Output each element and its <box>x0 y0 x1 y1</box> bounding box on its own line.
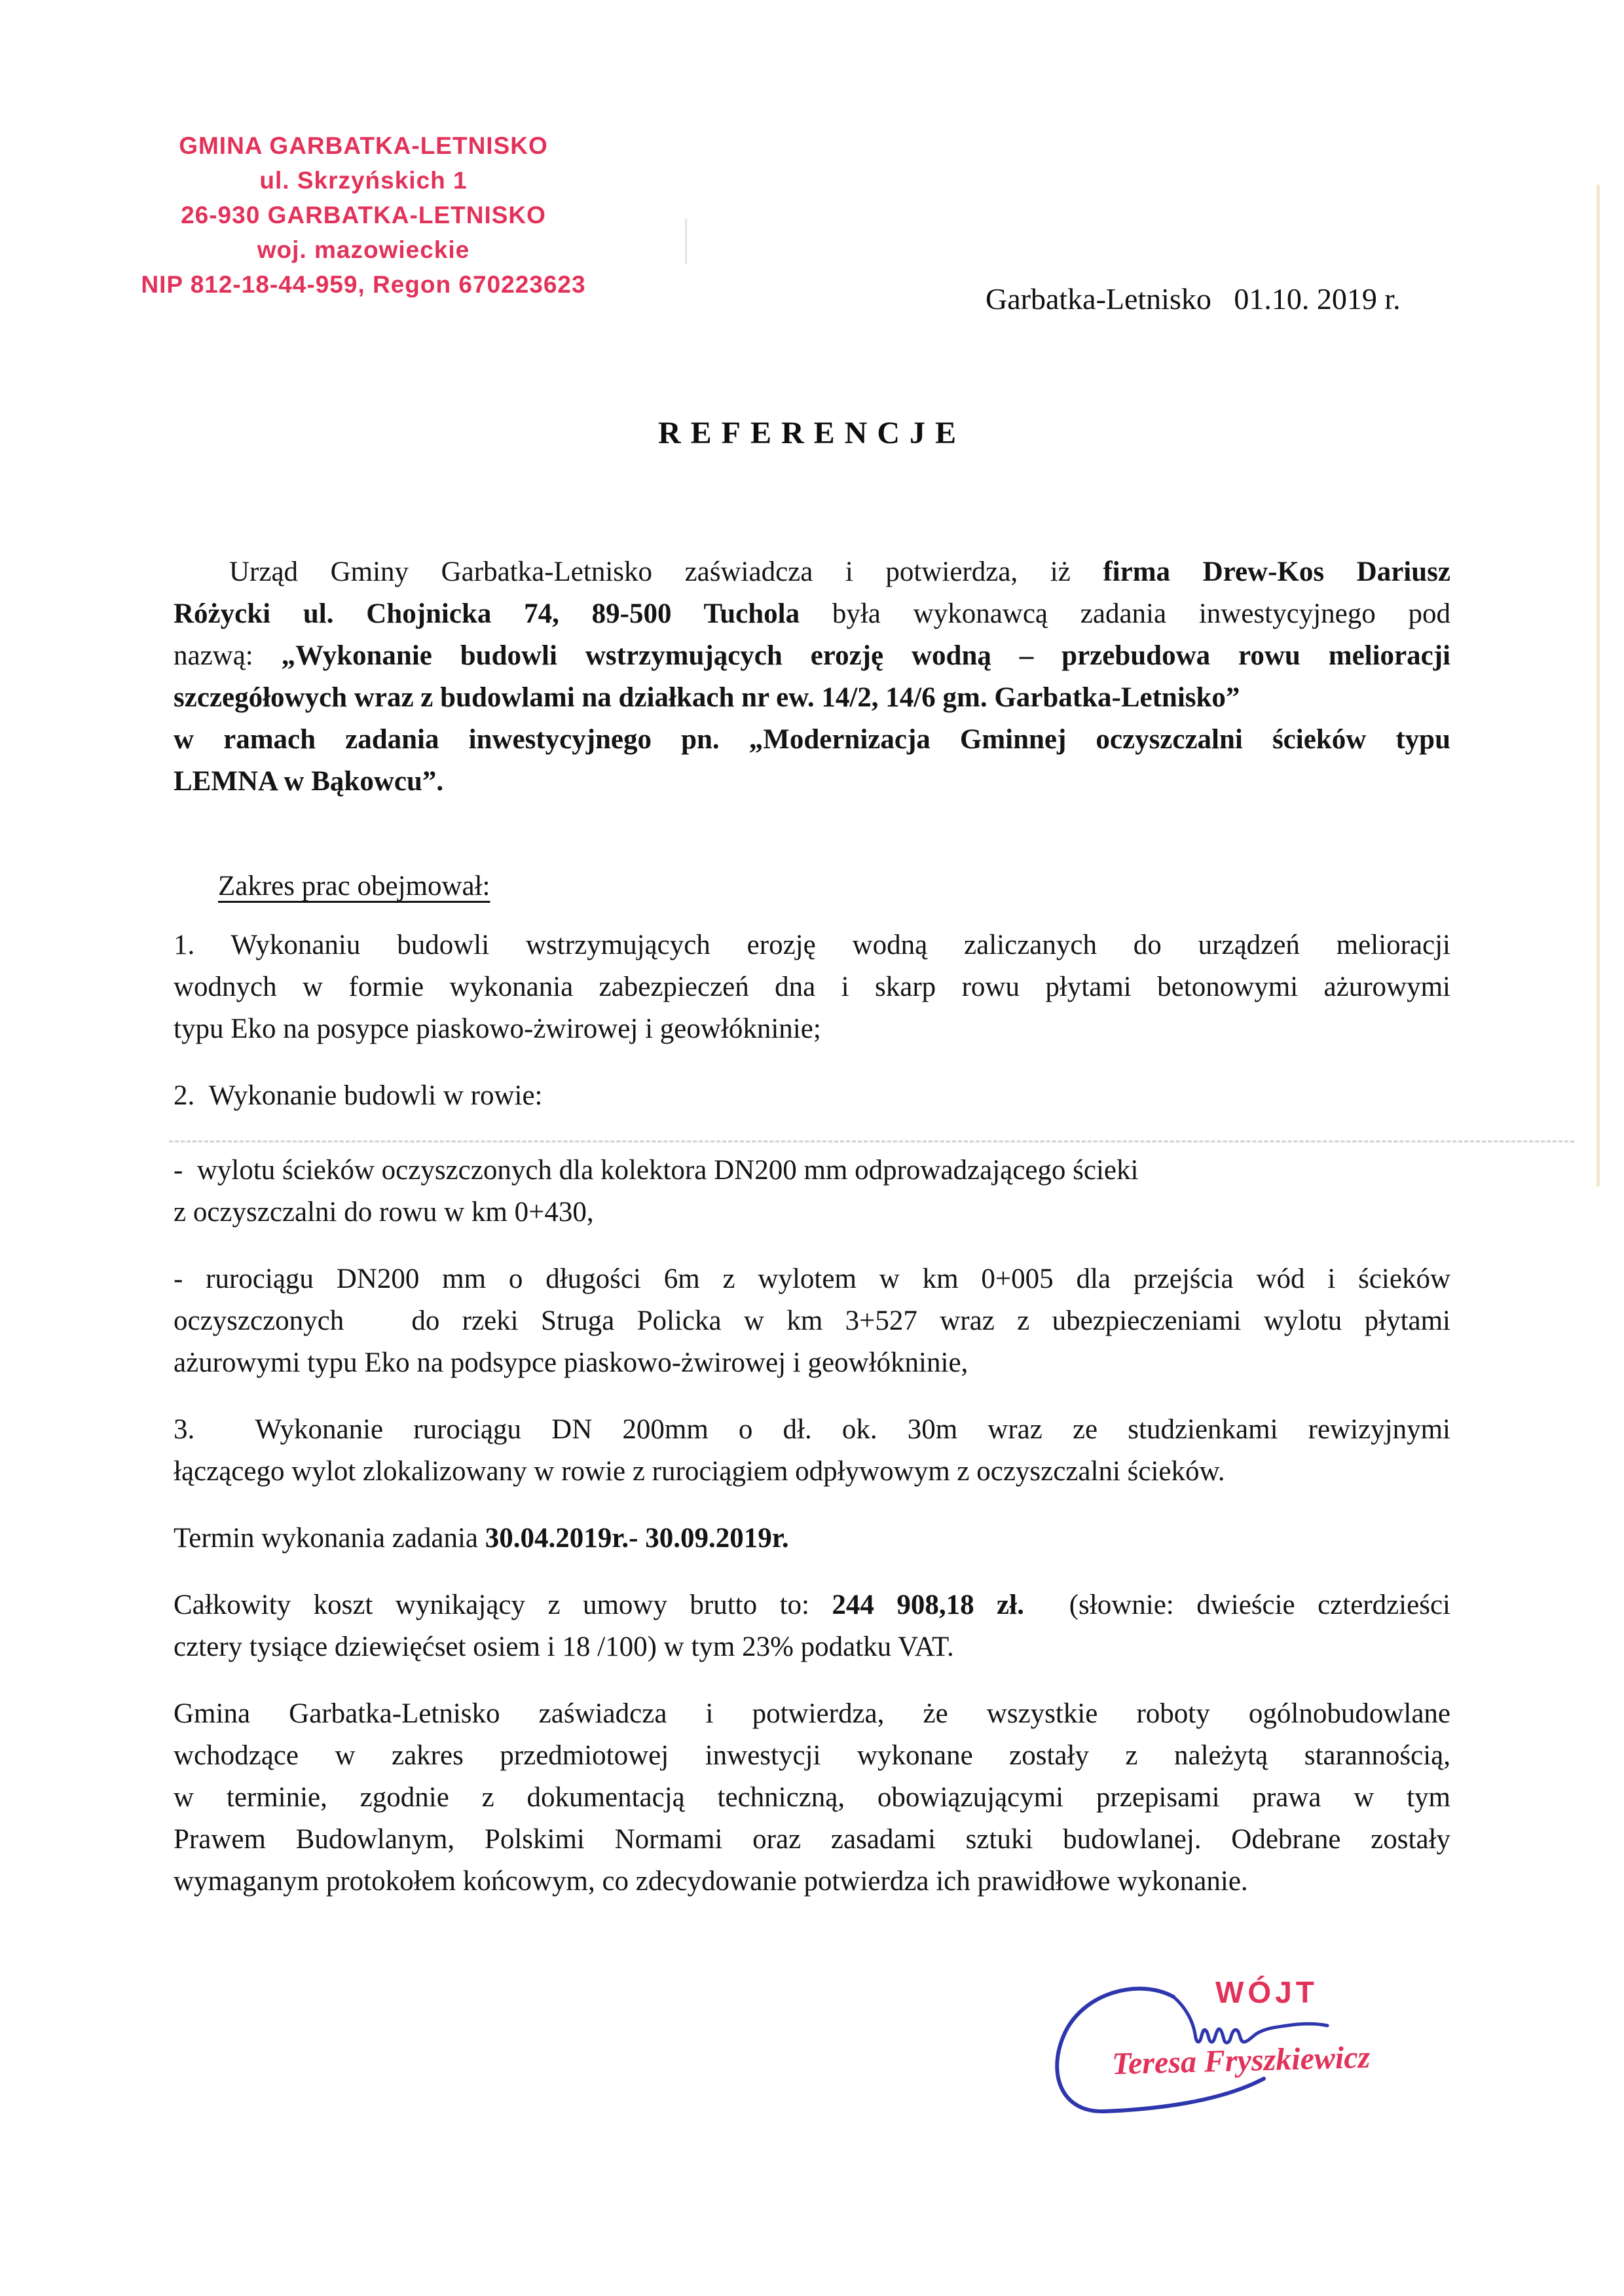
text-line: Prawem Budowlanym, Polskimi Normami oraz… <box>174 1819 1450 1861</box>
scanned-reference-letter: { "colors": { "stamp_red": "#e2325a", "p… <box>0 0 1624 2296</box>
text-line: oczyszczonych do rzeki Struga Policka w … <box>174 1300 1450 1342</box>
document-title: REFERENCJE <box>174 415 1450 451</box>
scope-heading: Zakres prac obejmował: <box>174 866 1450 907</box>
text-line: cztery tysiące dziewięćset osiem i 18 /1… <box>174 1626 1450 1668</box>
scan-edge-artifact <box>1596 185 1600 1186</box>
scan-tick-artifact <box>685 219 687 264</box>
signature-name-stamp: Teresa Fryszkiewicz <box>1111 2039 1371 2082</box>
scope-dash-outlet: - wylotu ścieków oczyszczonych dla kolek… <box>174 1150 1450 1233</box>
closing-paragraph: Gmina Garbatka-Letnisko zaświadcza i pot… <box>174 1693 1450 1903</box>
signature-position-title: WÓJT <box>1215 1975 1318 2010</box>
text-line: ażurowymi typu Eko na podsypce piaskowo-… <box>174 1342 1450 1384</box>
text-line: nazwą: „Wykonanie budowli wstrzymujących… <box>174 635 1450 677</box>
stamp-line-voivodeship: woj. mazowieckie <box>75 232 652 267</box>
text-line: Różycki ul. Chojnicka 74, 89-500 Tuchola… <box>174 593 1450 635</box>
scope-item-3: 3. Wykonanie rurociągu DN 200mm o dł. ok… <box>174 1409 1450 1493</box>
completion-term: Termin wykonania zadania 30.04.2019r.- 3… <box>174 1518 1450 1559</box>
sender-stamp: GMINA GARBATKA-LETNISKO ul. Skrzyńskich … <box>75 128 652 302</box>
stamp-line-city: 26-930 GARBATKA-LETNISKO <box>75 198 652 232</box>
text-line: szczegółowych wraz z budowlami na działk… <box>174 677 1450 719</box>
stamp-line-street: ul. Skrzyńskich 1 <box>75 163 652 198</box>
stamp-line-authority: GMINA GARBATKA-LETNISKO <box>75 128 652 163</box>
text-line: Termin wykonania zadania 30.04.2019r.- 3… <box>174 1518 1450 1559</box>
text-line: Całkowity koszt wynikający z umowy brutt… <box>174 1584 1450 1626</box>
text-line: wymaganym protokołem końcowym, co zdecyd… <box>174 1861 1450 1903</box>
scope-dash-pipeline: - rurociągu DN200 mm o długości 6m z wyl… <box>174 1258 1450 1384</box>
scope-item-1: 1. Wykonaniu budowli wstrzymujących eroz… <box>174 924 1450 1050</box>
total-cost: Całkowity koszt wynikający z umowy brutt… <box>174 1584 1450 1668</box>
text-line: 3. Wykonanie rurociągu DN 200mm o dł. ok… <box>174 1409 1450 1451</box>
text-line: Urząd Gminy Garbatka-Letnisko zaświadcza… <box>174 551 1450 593</box>
text-line: - rurociągu DN200 mm o długości 6m z wyl… <box>174 1258 1450 1300</box>
text-line: typu Eko na posypce piaskowo-żwirowej i … <box>174 1008 1450 1050</box>
text-line: Gmina Garbatka-Letnisko zaświadcza i pot… <box>174 1693 1450 1735</box>
text-line: w terminie, zgodnie z dokumentacją techn… <box>174 1777 1450 1819</box>
scan-smudge-line <box>169 1140 1574 1142</box>
document-body: Urząd Gminy Garbatka-Letnisko zaświadcza… <box>174 551 1450 1903</box>
text-line: 2. Wykonanie budowli w rowie: <box>174 1075 1450 1117</box>
place-and-date: Garbatka-Letnisko 01.10. 2019 r. <box>986 282 1401 316</box>
text-line: 1. Wykonaniu budowli wstrzymujących eroz… <box>174 924 1450 966</box>
text-line: w ramach zadania inwestycyjnego pn. „Mod… <box>174 719 1450 761</box>
text-line: Zakres prac obejmował: <box>218 866 1450 907</box>
text-line: z oczyszczalni do rowu w km 0+430, <box>174 1192 1450 1233</box>
text-line: wodnych w formie wykonania zabezpieczeń … <box>174 966 1450 1008</box>
text-line: LEMNA w Bąkowcu”. <box>174 761 1450 803</box>
stamp-line-nip-regon: NIP 812-18-44-959, Regon 670223623 <box>75 267 652 302</box>
text-line: - wylotu ścieków oczyszczonych dla kolek… <box>174 1150 1450 1192</box>
scope-item-2: 2. Wykonanie budowli w rowie: <box>174 1075 1450 1117</box>
text-line: łączącego wylot zlokalizowany w rowie z … <box>174 1451 1450 1493</box>
text-line: wchodzące w zakres przedmiotowej inwesty… <box>174 1735 1450 1777</box>
intro-paragraph: Urząd Gminy Garbatka-Letnisko zaświadcza… <box>174 551 1450 803</box>
